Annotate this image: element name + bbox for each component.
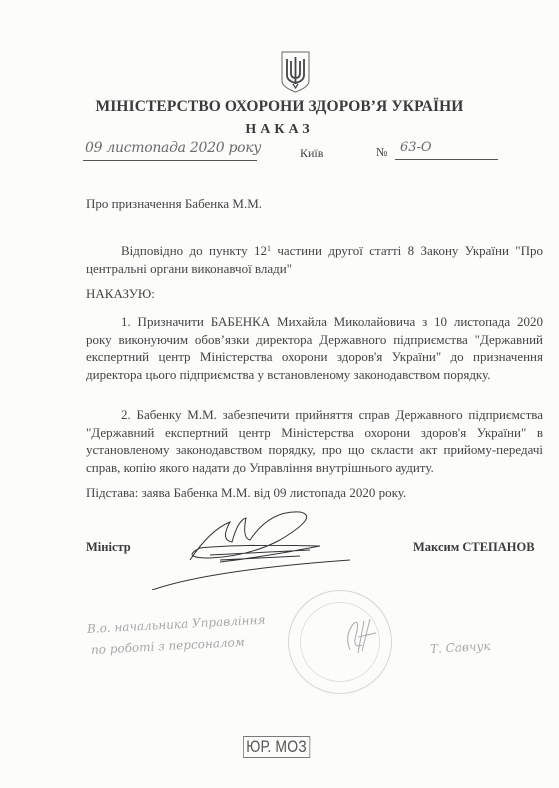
signatory-name: Максим СТЕПАНОВ bbox=[413, 540, 535, 555]
handwritten-signature-icon bbox=[150, 500, 370, 590]
basis-superscript: 1 bbox=[267, 244, 271, 253]
approval-signer: Т. Савчук bbox=[430, 639, 491, 656]
number-handwritten: 63-О bbox=[400, 140, 432, 155]
signatory-title: Міністр bbox=[86, 540, 131, 555]
basis-paragraph: Відповідно до пункту 121 частини другої … bbox=[86, 242, 543, 277]
order-item-2: 2. Бабенку М.М. забезпечити прийняття сп… bbox=[86, 406, 543, 476]
document-type-heading: НАКАЗ bbox=[0, 122, 559, 138]
document-page: МІНІСТЕРСТВО ОХОРОНИ ЗДОРОВ’Я УКРАЇНИ НА… bbox=[0, 0, 559, 788]
subject-line: Про призначення Бабенка М.М. bbox=[86, 195, 262, 213]
date-handwritten: 09 листопада 2020 року bbox=[85, 140, 261, 156]
coat-of-arms-icon bbox=[281, 51, 310, 93]
ministry-heading: МІНІСТЕРСТВО ОХОРОНИ ЗДОРОВ’Я УКРАЇНИ bbox=[0, 98, 559, 116]
grounds-line: Підстава: заява Бабенка М.М. від 09 лист… bbox=[86, 484, 406, 502]
decree-word: НАКАЗУЮ: bbox=[86, 285, 155, 303]
basis-text-a: Відповідно до пункту 12 bbox=[121, 243, 267, 258]
legal-dept-stamp: ЮР. МОЗ bbox=[243, 736, 310, 758]
city: Київ bbox=[300, 146, 323, 161]
initials-signature-icon bbox=[340, 615, 380, 655]
order-item-1: 1. Призначити БАБЕНКА Михайла Миколайови… bbox=[86, 313, 543, 383]
approval-note-line-2: по роботі з персоналом bbox=[91, 635, 245, 657]
approval-note-line-1: В.о. начальника Управління bbox=[87, 613, 266, 636]
number-label: № bbox=[376, 145, 387, 160]
